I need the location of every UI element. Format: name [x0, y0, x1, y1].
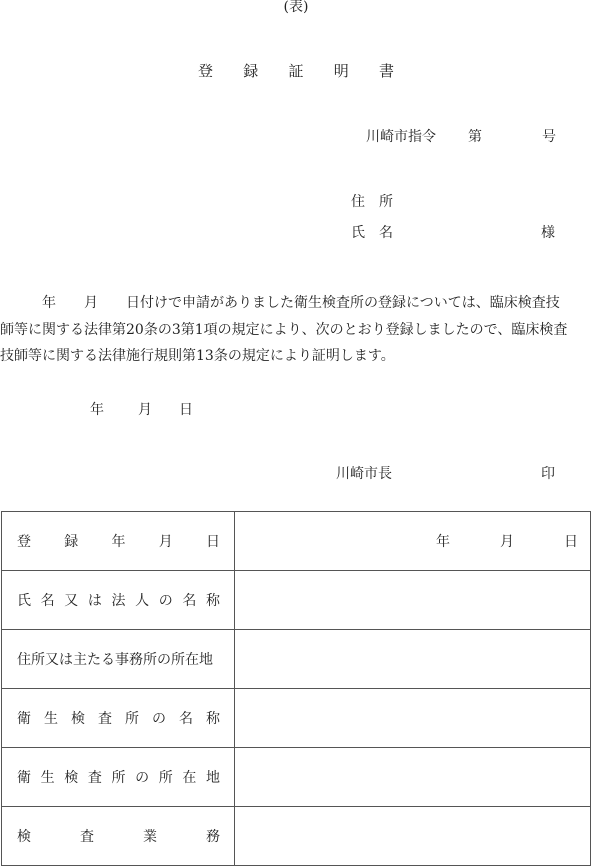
- title-char: 登: [198, 64, 213, 79]
- label-text: 住所又は主たる事務所の所在地: [17, 649, 213, 669]
- seal-mark: 印: [541, 467, 555, 481]
- title-char: 録: [243, 64, 258, 79]
- label-char: 地: [206, 767, 220, 787]
- label-char: 査: [88, 767, 102, 787]
- reference-number: 川崎市指令 第 号: [366, 130, 436, 144]
- registration-table: 登 録 年 月 日 年 月 日 氏 名 又 は 法 人 の: [1, 511, 591, 866]
- row-label-address-or-office: 住所又は主たる事務所の所在地: [2, 630, 235, 689]
- label-char: の: [159, 590, 173, 610]
- label-char: 衛: [17, 767, 31, 787]
- label-char: の: [152, 708, 166, 728]
- row-value-address-or-office[interactable]: [235, 630, 591, 689]
- label-char: 称: [206, 590, 220, 610]
- label-char: 査: [98, 708, 112, 728]
- row-label-testing-services: 検 査 業 務: [2, 807, 235, 866]
- label-char: 月: [159, 531, 173, 551]
- value-day: 日: [514, 531, 578, 551]
- value-month: 月: [450, 531, 514, 551]
- table-row: 住所又は主たる事務所の所在地: [2, 630, 591, 689]
- body-line: 年 月 日付けで申請がありました衛生検査所の登録については、臨床検査技: [0, 290, 592, 317]
- row-label-lab-name: 衛 生 検 査 所 の 名 称: [2, 689, 235, 748]
- label-char: の: [135, 767, 149, 787]
- label-char: 務: [206, 826, 220, 846]
- label-char: 生: [44, 708, 58, 728]
- reference-dai: 第: [468, 130, 482, 144]
- label-char: 録: [64, 531, 78, 551]
- label-char: 年: [112, 531, 126, 551]
- row-value-registration-date[interactable]: 年 月 日: [235, 512, 591, 571]
- table-row: 衛 生 検 査 所 の 所 在 地: [2, 748, 591, 807]
- page-side-caption: (表): [0, 0, 592, 14]
- issue-date-year: 年: [90, 403, 104, 417]
- value-year: 年: [386, 531, 450, 551]
- row-value-testing-services[interactable]: [235, 807, 591, 866]
- label-char: 業: [143, 826, 157, 846]
- table-row: 氏 名 又 は 法 人 の 名 称: [2, 571, 591, 630]
- table-row: 衛 生 検 査 所 の 名 称: [2, 689, 591, 748]
- label-char: 登: [17, 531, 31, 551]
- body-line: 技師等に関する法律施行規則第13条の規定により証明します。: [0, 343, 592, 370]
- label-char: 生: [41, 767, 55, 787]
- row-label-registration-date: 登 録 年 月 日: [2, 512, 235, 571]
- row-value-lab-name[interactable]: [235, 689, 591, 748]
- issue-date-month: 月: [138, 403, 152, 417]
- title-char: 書: [379, 64, 394, 79]
- document-title: 登 録 証 明 書: [198, 64, 394, 79]
- recipient-name-label: 氏 名: [351, 226, 393, 240]
- label-char: 名: [179, 708, 193, 728]
- label-char: 衛: [17, 708, 31, 728]
- label-char: 称: [206, 708, 220, 728]
- recipient-honorific: 様: [541, 226, 555, 240]
- issue-date-day: 日: [179, 403, 193, 417]
- label-char: 在: [182, 767, 196, 787]
- body-paragraph: 年 月 日付けで申請がありました衛生検査所の登録については、臨床検査技 師等に関…: [0, 290, 592, 370]
- label-char: 所: [159, 767, 173, 787]
- label-char: 所: [125, 708, 139, 728]
- row-value-lab-location[interactable]: [235, 748, 591, 807]
- label-char: 検: [17, 826, 31, 846]
- label-char: 名: [182, 590, 196, 610]
- label-char: 検: [64, 767, 78, 787]
- label-char: 氏: [17, 590, 31, 610]
- table-row: 登 録 年 月 日 年 月 日: [2, 512, 591, 571]
- label-char: 名: [41, 590, 55, 610]
- title-char: 明: [334, 64, 349, 79]
- title-char: 証: [288, 64, 303, 79]
- row-value-name-or-corporation[interactable]: [235, 571, 591, 630]
- table-row: 検 査 業 務: [2, 807, 591, 866]
- label-char: 日: [206, 531, 220, 551]
- label-char: 査: [80, 826, 94, 846]
- label-char: 検: [71, 708, 85, 728]
- row-label-lab-location: 衛 生 検 査 所 の 所 在 地: [2, 748, 235, 807]
- label-char: 又: [64, 590, 78, 610]
- label-char: 法: [112, 590, 126, 610]
- label-char: 所: [112, 767, 126, 787]
- row-label-name-or-corporation: 氏 名 又 は 法 人 の 名 称: [2, 571, 235, 630]
- recipient-address-label: 住 所: [351, 195, 393, 209]
- reference-prefix: 川崎市指令: [366, 129, 436, 145]
- body-line: 師等に関する法律第20条の3第1項の規定により、次のとおり登録しましたので、臨床…: [0, 317, 592, 344]
- label-char: は: [88, 590, 102, 610]
- issuer-name: 川崎市長: [336, 467, 392, 481]
- reference-go: 号: [542, 130, 556, 144]
- label-char: 人: [135, 590, 149, 610]
